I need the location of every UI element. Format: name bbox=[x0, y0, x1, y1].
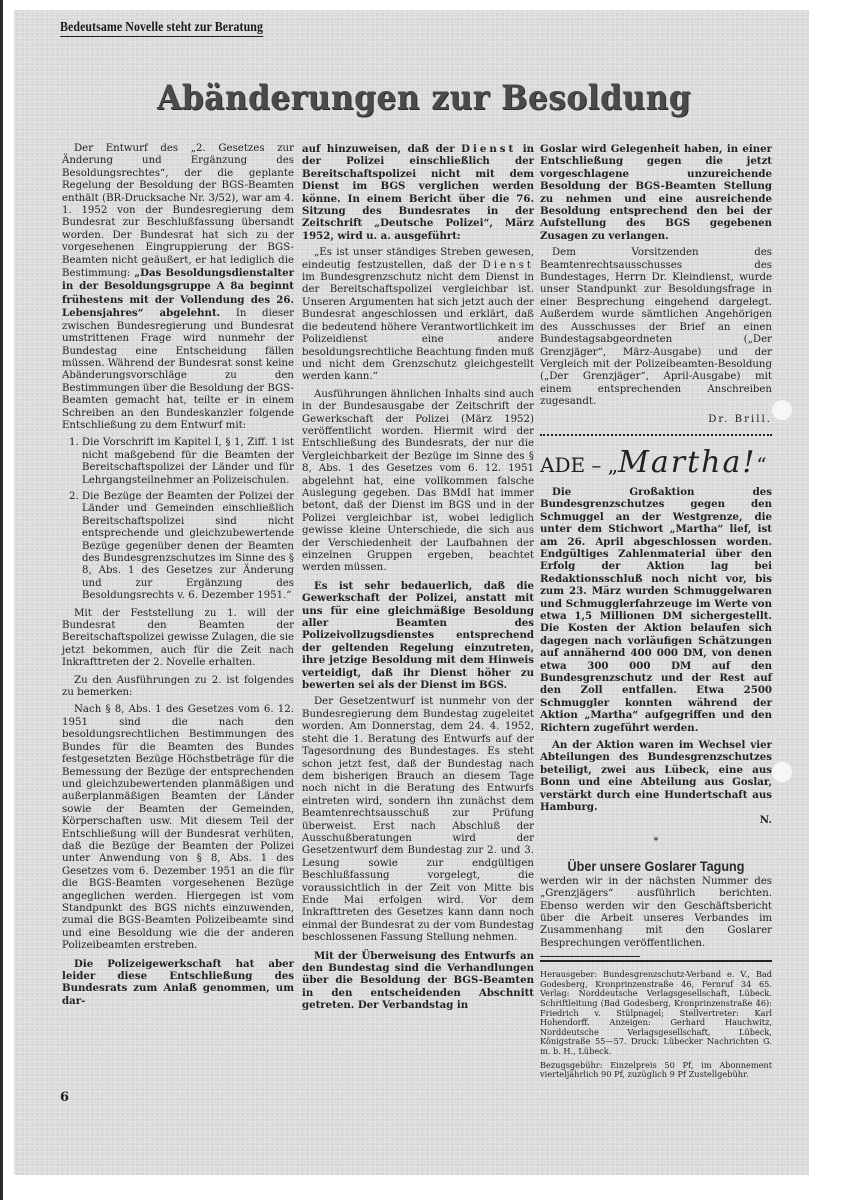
dotted-divider bbox=[540, 434, 772, 436]
paragraph-bold: Die Großaktion des Bundesgrenzschutzes g… bbox=[540, 486, 772, 734]
paragraph-bold: Die Polizeigewerkschaft hat aber leider … bbox=[62, 958, 294, 1008]
short-rule bbox=[540, 956, 640, 957]
title-suffix: “ bbox=[756, 453, 766, 477]
text: auf hinzuweisen, daß der bbox=[302, 143, 461, 155]
paragraph: Ausführungen ähnlichen Inhalts sind auch… bbox=[302, 389, 534, 575]
list-item: Die Bezüge der Beamten der Polizei der L… bbox=[82, 491, 294, 603]
paragraph-bold: Es ist sehr bedauerlich, daß die Gewerks… bbox=[302, 580, 534, 692]
paragraph: Zu den Ausführungen zu 2. ist folgendes … bbox=[62, 675, 294, 700]
paragraph-bold: Goslar wird Gelegenheit haben, in einer … bbox=[540, 143, 772, 242]
punch-hole bbox=[772, 400, 792, 420]
article-title-martha: ADE – „Martha!“ bbox=[540, 448, 772, 480]
paragraph: werden wir in der nächsten Nummer des „G… bbox=[540, 876, 772, 950]
list-item: Die Vorschrift im Kapitel I, § 1, Ziff. … bbox=[82, 437, 294, 487]
paragraph: Dem Vorsitzenden des Beamtenrechtsaussch… bbox=[540, 247, 772, 408]
column-3: Goslar wird Gelegenheit haben, in einer … bbox=[540, 143, 772, 1084]
spaced-word: Dienst bbox=[483, 260, 534, 271]
paragraph: Der Entwurf des „2. Gesetzes zur Änderun… bbox=[62, 143, 294, 432]
text: in der Polizei einschließlich der Bereit… bbox=[302, 143, 534, 242]
title-script: Martha! bbox=[618, 445, 756, 480]
signature: N. bbox=[540, 814, 772, 826]
resolution-list: Die Vorschrift im Kapitel I, § 1, Ziff. … bbox=[62, 437, 294, 602]
paragraph: auf hinzuweisen, daß der Dienst in der P… bbox=[302, 143, 534, 242]
column-2: auf hinzuweisen, daß der Dienst in der P… bbox=[302, 143, 534, 1017]
text: In dieser zwischen Bundesregierung und B… bbox=[62, 308, 294, 431]
imprint: Herausgeber: Bundesgrenzschutz-Verband e… bbox=[540, 970, 772, 1056]
subheading-goslar: Über unsere Goslarer Tagung bbox=[552, 860, 761, 872]
separator-star: * bbox=[540, 836, 772, 848]
paragraph-bold: An der Aktion waren im Wechsel vier Abte… bbox=[540, 739, 772, 813]
signature: Dr. Brill. bbox=[540, 414, 772, 426]
column-1: Der Entwurf des „2. Gesetzes zur Änderun… bbox=[62, 143, 294, 1012]
imprint-rule bbox=[540, 960, 772, 962]
text: Der Entwurf des „2. Gesetzes zur Änderun… bbox=[62, 143, 294, 279]
spaced-word: Dienst bbox=[461, 143, 516, 155]
paragraph: Der Gesetzentwurf ist nunmehr von der Bu… bbox=[302, 696, 534, 944]
paragraph: Mit der Feststellung zu 1. will der Bund… bbox=[62, 608, 294, 670]
quote-paragraph: „Es ist unser ständiges Streben gewesen,… bbox=[302, 247, 534, 383]
subscription-info: Bezugsgebühr: Einzelpreis 50 Pf, im Abon… bbox=[540, 1061, 772, 1080]
punch-hole bbox=[772, 762, 792, 782]
paragraph: Nach § 8, Abs. 1 des Gesetzes vom 6. 12.… bbox=[62, 704, 294, 952]
scan-edge bbox=[0, 0, 3, 1200]
paragraph-bold: Mit der Überweisung des Entwurfs an den … bbox=[302, 950, 534, 1012]
page-number: 6 bbox=[60, 1090, 69, 1105]
text: im Bundesgrenzschutz nicht dem Dienst in… bbox=[302, 272, 534, 382]
kicker-line: Bedeutsame Novelle steht zur Beratung bbox=[60, 19, 263, 37]
headline: Abänderungen zur Besoldung bbox=[34, 78, 814, 118]
title-prefix: ADE – „ bbox=[540, 453, 618, 477]
